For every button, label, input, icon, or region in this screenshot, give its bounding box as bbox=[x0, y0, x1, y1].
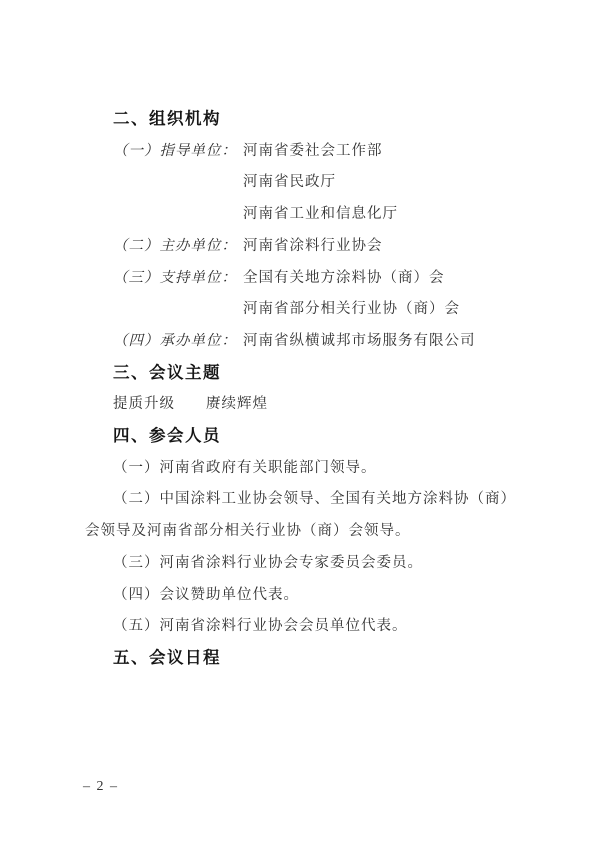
org-entry-support: （三）支持单位： 全国有关地方涂料协（商）会 河南省部分相关行业协（商）会 bbox=[85, 263, 524, 326]
org-entry-organizer: （四）承办单位： 河南省纵横诚邦市场服务有限公司 bbox=[85, 326, 524, 358]
section-heading-participants: 四、参会人员 bbox=[85, 421, 524, 453]
entry-units: 河南省涂料行业协会 bbox=[243, 231, 383, 263]
unit-name: 河南省民政厅 bbox=[243, 167, 398, 199]
entry-units: 河南省纵横诚邦市场服务有限公司 bbox=[243, 326, 476, 358]
entry-label: （三）支持单位： bbox=[113, 263, 243, 295]
participant-item: （二）中国涂料工业协会领导、全国有关地方涂料协（商）会领导及河南省部分相关行业协… bbox=[85, 484, 524, 547]
unit-name: 河南省涂料行业协会 bbox=[243, 231, 383, 263]
section-heading-agenda: 五、会议日程 bbox=[85, 643, 524, 675]
entry-units: 河南省委社会工作部 河南省民政厅 河南省工业和信息化厅 bbox=[243, 136, 398, 231]
participant-item: （三）河南省涂料行业协会专家委员会委员。 bbox=[85, 548, 524, 580]
participant-item: （四）会议赞助单位代表。 bbox=[85, 580, 524, 612]
unit-name: 河南省委社会工作部 bbox=[243, 136, 398, 168]
unit-name: 河南省部分相关行业协（商）会 bbox=[243, 294, 460, 326]
org-entry-guiding: （一）指导单位： 河南省委社会工作部 河南省民政厅 河南省工业和信息化厅 bbox=[85, 136, 524, 231]
document-body: 二、组织机构 （一）指导单位： 河南省委社会工作部 河南省民政厅 河南省工业和信… bbox=[0, 0, 600, 675]
entry-units: 全国有关地方涂料协（商）会 河南省部分相关行业协（商）会 bbox=[243, 263, 460, 326]
page-number: – 2 – bbox=[83, 779, 119, 795]
participant-item: （五）河南省涂料行业协会会员单位代表。 bbox=[85, 611, 524, 643]
entry-label: （四）承办单位： bbox=[113, 326, 243, 358]
unit-name: 河南省纵横诚邦市场服务有限公司 bbox=[243, 326, 476, 358]
org-entry-host: （二）主办单位： 河南省涂料行业协会 bbox=[85, 231, 524, 263]
participant-item: （一）河南省政府有关职能部门领导。 bbox=[85, 453, 524, 485]
section-heading-organization: 二、组织机构 bbox=[85, 104, 524, 136]
entry-label: （一）指导单位： bbox=[113, 136, 243, 168]
entry-label: （二）主办单位： bbox=[113, 231, 243, 263]
section-heading-theme: 三、会议主题 bbox=[85, 358, 524, 390]
document-page: 二、组织机构 （一）指导单位： 河南省委社会工作部 河南省民政厅 河南省工业和信… bbox=[0, 0, 600, 848]
unit-name: 河南省工业和信息化厅 bbox=[243, 199, 398, 231]
unit-name: 全国有关地方涂料协（商）会 bbox=[243, 263, 460, 295]
conference-theme: 提质升级 赓续辉煌 bbox=[85, 389, 524, 421]
